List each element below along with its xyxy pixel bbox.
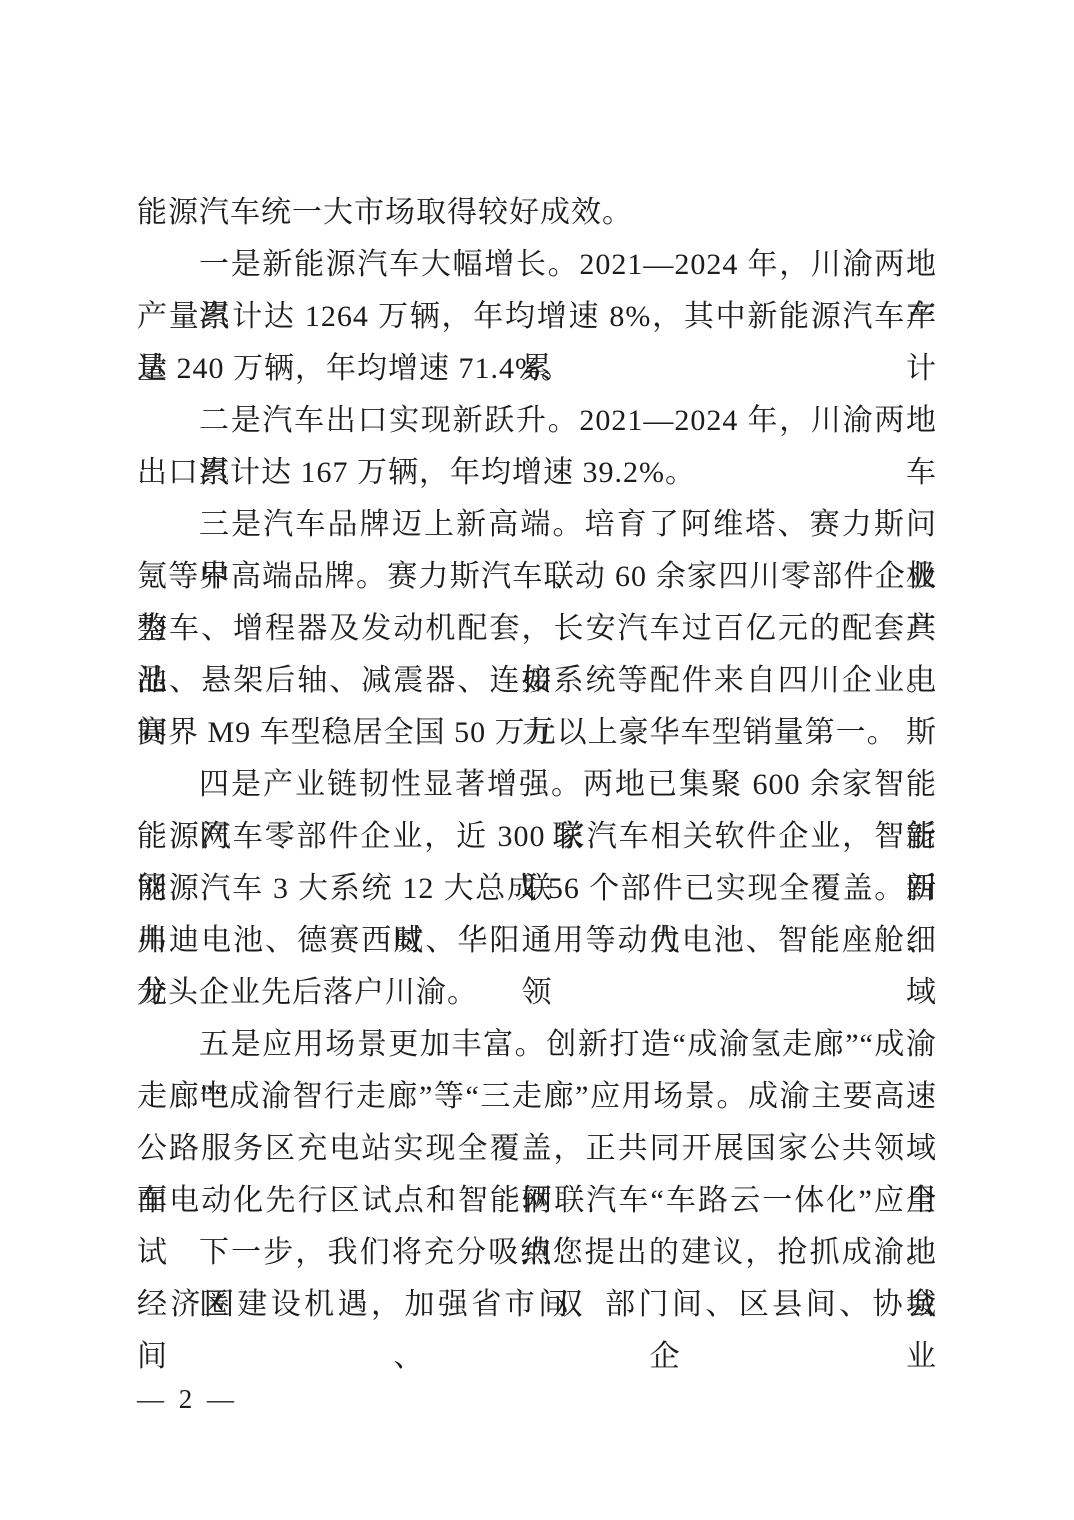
text-line: 氪等中高端品牌。赛力斯汽车联动 60 余家四川零部件企业为其 [137,551,937,603]
text-line: 走廊”“成渝智行走廊”等“三走廊”应用场景。成渝主要高速 [137,1071,937,1123]
text-line: 公路服务区充电站实现全覆盖，正共同开展国家公共领域车辆全 [137,1123,937,1175]
text-line: 能源汽车统一大市场取得较好成效。 [137,187,937,239]
text-line: 面电动化先行区试点和智能网联汽车“车路云一体化”应用试点。 [137,1175,937,1227]
text-line: 能源汽车 3 大系统 12 大总成 56 个部件已实现全覆盖。四川时代、 [137,863,937,915]
document-page: 能源汽车统一大市场取得较好成效。 一是新能源汽车大幅增长。2021—2024 年… [0,0,1074,1520]
text-line: 下一步，我们将充分吸纳您提出的建议，抢抓成渝地区双城 [137,1227,937,1279]
text-line: 池、悬架后轴、减震器、连接系统等配件来自四川企业。赛力斯 [137,655,937,707]
text-line: 四是产业链韧性显著增强。两地已集聚 600 余家智能网联新 [137,759,937,811]
text-line: 产量累计达 1264 万辆，年均增速 8%，其中新能源汽车产量累计 [137,291,937,343]
text-line: 五是应用场景更加丰富。创新打造“成渝氢走廊”“成渝电 [137,1019,937,1071]
text-line: 三是汽车品牌迈上新高端。培育了阿维塔、赛力斯问界、极 [137,499,937,551]
text-line: 问界 M9 车型稳居全国 50 万元以上豪华车型销量第一。 [137,707,937,759]
page-number: — 2 — [137,1383,238,1415]
text-line: 弗迪电池、德赛西威、华阳通用等动力电池、智能座舱细分领域 [137,915,937,967]
text-line: 能源汽车零部件企业，近 300 家汽车相关软件企业，智能网联新 [137,811,937,863]
text-line: 二是汽车出口实现新跃升。2021—2024 年，川渝两地汽车 [137,395,937,447]
text-line: 经济圈建设机遇，加强省市间、部门间、区县间、协会间、企业 [137,1279,937,1331]
text-line: 一是新能源汽车大幅增长。2021—2024 年，川渝两地汽车 [137,239,937,291]
text-line: 整车、增程器及发动机配套，长安汽车过百亿元的配套产品如电 [137,603,937,655]
document-body: 能源汽车统一大市场取得较好成效。 一是新能源汽车大幅增长。2021—2024 年… [137,187,937,1331]
